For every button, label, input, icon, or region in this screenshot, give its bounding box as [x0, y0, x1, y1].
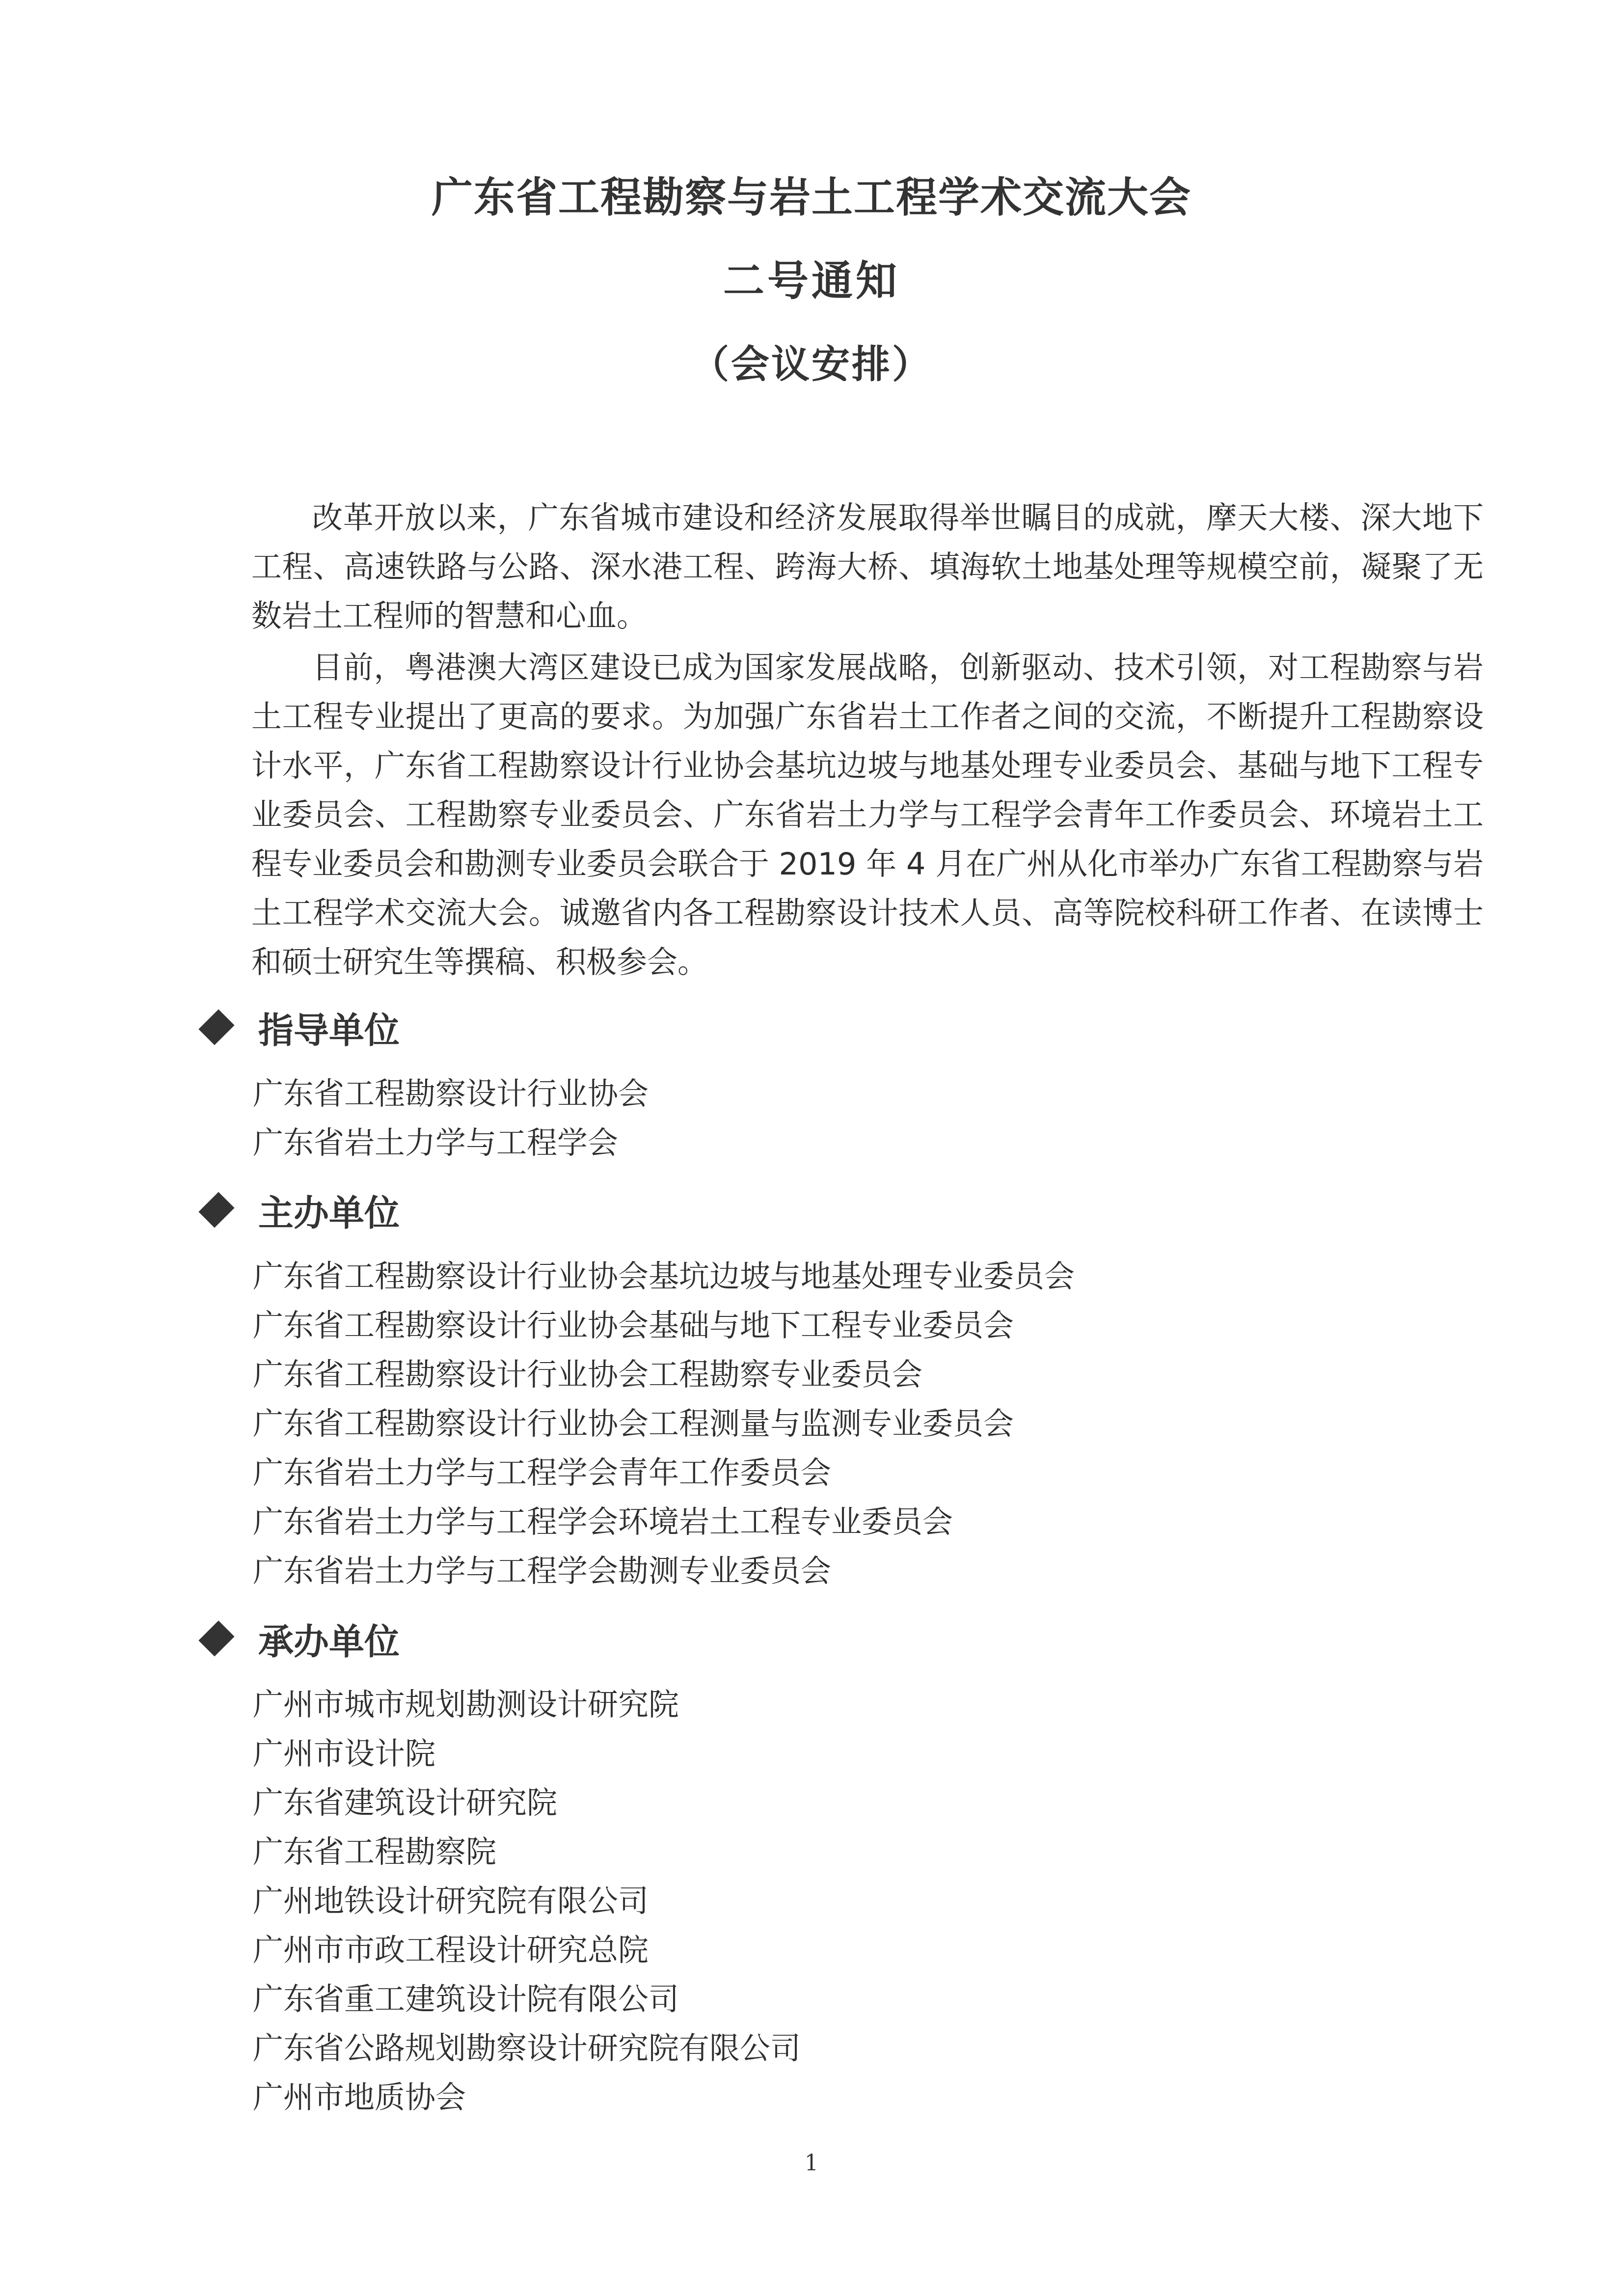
list-item: 广东省工程勘察设计行业协会工程测量与监测专业委员会	[253, 1399, 1075, 1449]
list-item: 广州市市政工程设计研究总院	[253, 1926, 801, 1975]
document-subtitle: 二号通知	[0, 248, 1623, 307]
list-item: 广东省建筑设计研究院	[253, 1778, 801, 1828]
list-item: 广东省公路规划勘察设计研究院有限公司	[253, 2024, 801, 2073]
document-note: （会议安排）	[0, 334, 1623, 389]
diamond-bullet-icon	[198, 1009, 234, 1045]
list-item: 广州市设计院	[253, 1729, 801, 1778]
list-item: 广州地铁设计研究院有限公司	[253, 1877, 801, 1926]
intro-paragraph: 目前，粤港澳大湾区建设已成为国家发展战略，创新驱动、技术引领，对工程勘察与岩土工…	[251, 643, 1484, 987]
list-item: 广东省重工建筑设计院有限公司	[253, 1975, 801, 2024]
list-item: 广东省工程勘察设计行业协会基坑边坡与地基处理专业委员会	[253, 1252, 1075, 1301]
section-heading-organizing-units: 承办单位	[200, 1613, 400, 1664]
list-item: 广东省岩土力学与工程学会青年工作委员会	[253, 1449, 1075, 1498]
list-item: 广东省工程勘察设计行业协会	[253, 1069, 649, 1119]
section-heading-guiding-units: 指导单位	[200, 1002, 400, 1053]
page-number: 1	[0, 2151, 1623, 2176]
intro-paragraph-1-block: 改革开放以来，广东省城市建设和经济发展取得举世瞩目的成就，摩天大楼、深大地下工程…	[251, 493, 1484, 641]
section-heading-label: 指导单位	[258, 1002, 400, 1053]
organizing-units-list: 广州市城市规划勘测设计研究院 广州市设计院 广东省建筑设计研究院 广东省工程勘察…	[253, 1680, 801, 2122]
host-units-list: 广东省工程勘察设计行业协会基坑边坡与地基处理专业委员会 广东省工程勘察设计行业协…	[253, 1252, 1075, 1596]
list-item: 广东省岩土力学与工程学会勘测专业委员会	[253, 1547, 1075, 1596]
list-item: 广东省工程勘察院	[253, 1828, 801, 1877]
list-item: 广东省岩土力学与工程学会	[253, 1119, 649, 1168]
diamond-bullet-icon	[198, 1192, 234, 1228]
list-item: 广州市城市规划勘测设计研究院	[253, 1680, 801, 1729]
list-item: 广州市地质协会	[253, 2073, 801, 2122]
list-item: 广东省工程勘察设计行业协会基础与地下工程专业委员会	[253, 1301, 1075, 1350]
list-item: 广东省工程勘察设计行业协会工程勘察专业委员会	[253, 1350, 1075, 1399]
intro-paragraph: 改革开放以来，广东省城市建设和经济发展取得举世瞩目的成就，摩天大楼、深大地下工程…	[251, 493, 1484, 641]
section-heading-host-units: 主办单位	[200, 1184, 400, 1235]
document-page: 广东省工程勘察与岩土工程学术交流大会 二号通知 （会议安排） 改革开放以来，广东…	[0, 0, 1623, 2296]
document-title: 广东省工程勘察与岩土工程学术交流大会	[0, 164, 1623, 224]
list-item: 广东省岩土力学与工程学会环境岩土工程专业委员会	[253, 1498, 1075, 1547]
guiding-units-list: 广东省工程勘察设计行业协会 广东省岩土力学与工程学会	[253, 1069, 649, 1168]
intro-paragraph-2-block: 目前，粤港澳大湾区建设已成为国家发展战略，创新驱动、技术引领，对工程勘察与岩土工…	[251, 643, 1484, 987]
diamond-bullet-icon	[198, 1620, 234, 1656]
section-heading-label: 承办单位	[258, 1613, 400, 1664]
section-heading-label: 主办单位	[258, 1184, 400, 1235]
